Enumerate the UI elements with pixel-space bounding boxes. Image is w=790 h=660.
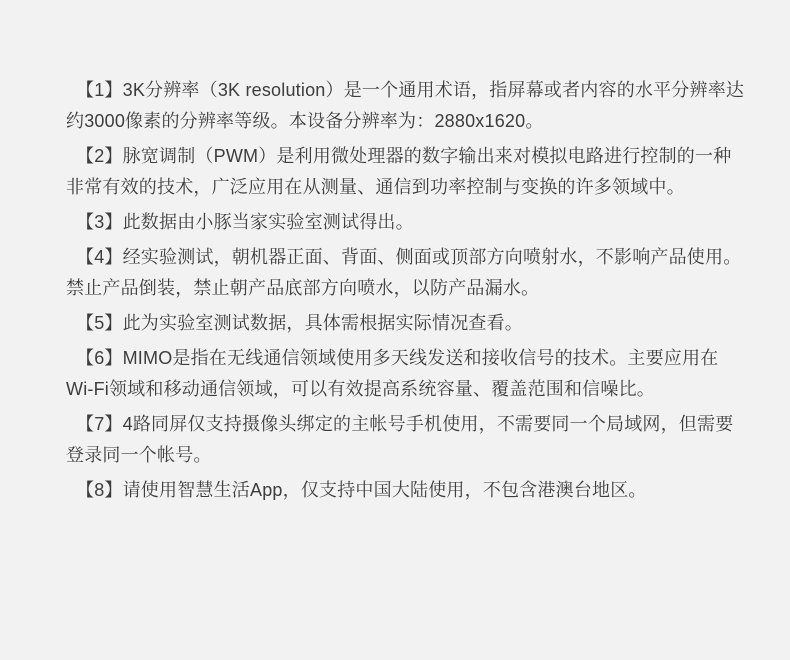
footnote-6-line-1: 【6】MIMO是指在无线通信领域使用多天线发送和接收信号的技术。主要应用在 [66,343,756,374]
footnote-7: 【7】4路同屏仅支持摄像头绑定的主帐号手机使用，不需要同一个局域网，但需要 登录… [66,409,756,471]
footnote-5: 【5】此为实验室测试数据，具体需根据实际情况查看。 [66,308,756,339]
footnote-8: 【8】请使用智慧生活App，仅支持中国大陆使用，不包含港澳台地区。 [66,475,756,506]
footnote-7-line-2: 登录同一个帐号。 [66,440,756,471]
footnote-4-line-1: 【4】经实验测试，朝机器正面、背面、侧面或顶部方向喷射水，不影响产品使用。 [66,242,756,273]
footnote-3-line-1: 【3】此数据由小豚当家实验室测试得出。 [66,207,756,238]
footnote-1-line-2: 约3000像素的分辨率等级。本设备分辨率为：2880x1620。 [66,106,756,137]
footnote-5-line-1: 【5】此为实验室测试数据，具体需根据实际情况查看。 [66,308,756,339]
footnote-8-line-1: 【8】请使用智慧生活App，仅支持中国大陆使用，不包含港澳台地区。 [66,475,756,506]
footnote-3: 【3】此数据由小豚当家实验室测试得出。 [66,207,756,238]
footnote-2: 【2】脉宽调制（PWM）是利用微处理器的数字输出来对模拟电路进行控制的一种 非常… [66,141,756,203]
footnote-4: 【4】经实验测试，朝机器正面、背面、侧面或顶部方向喷射水，不影响产品使用。 禁止… [66,242,756,304]
footnote-1-line-1: 【1】3K分辨率（3K resolution）是一个通用术语，指屏幕或者内容的水… [66,75,756,106]
footnote-4-line-2: 禁止产品倒装，禁止朝产品底部方向喷水，以防产品漏水。 [66,273,756,304]
footnote-7-line-1: 【7】4路同屏仅支持摄像头绑定的主帐号手机使用，不需要同一个局域网，但需要 [66,409,756,440]
footnote-6-line-2: Wi-Fi领域和移动通信领域，可以有效提高系统容量、覆盖范围和信噪比。 [66,374,756,405]
product-footnotes-page: 【1】3K分辨率（3K resolution）是一个通用术语，指屏幕或者内容的水… [0,0,790,660]
footnote-2-line-2: 非常有效的技术，广泛应用在从测量、通信到功率控制与变换的许多领域中。 [66,172,756,203]
footnote-1: 【1】3K分辨率（3K resolution）是一个通用术语，指屏幕或者内容的水… [66,75,756,137]
footnote-2-line-1: 【2】脉宽调制（PWM）是利用微处理器的数字输出来对模拟电路进行控制的一种 [66,141,756,172]
footnote-6: 【6】MIMO是指在无线通信领域使用多天线发送和接收信号的技术。主要应用在 Wi… [66,343,756,405]
footnotes-block: 【1】3K分辨率（3K resolution）是一个通用术语，指屏幕或者内容的水… [66,75,756,510]
